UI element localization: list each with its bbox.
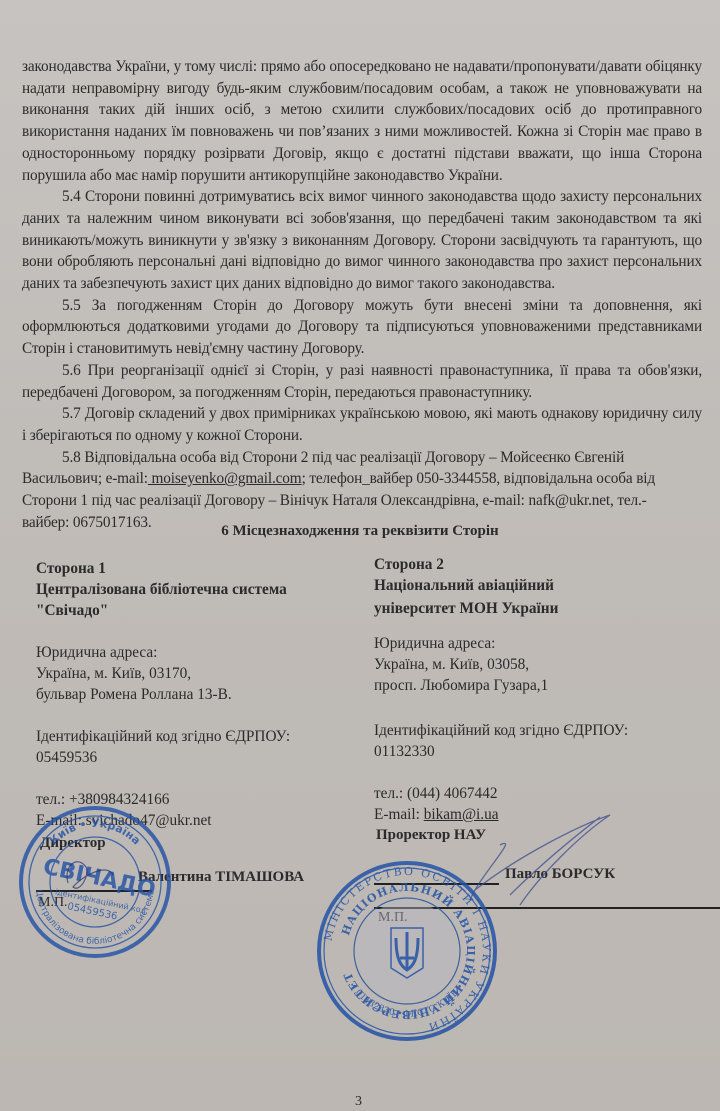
party2-email-label: E-mail:	[374, 806, 424, 823]
party1-address-line2: бульвар Ромена Роллана 13-В.	[36, 684, 356, 705]
party1-address-line1: Україна, м. Київ, 03170,	[36, 663, 356, 684]
party1-name-line1: Централізована бібліотечна система	[36, 579, 356, 600]
party1-heading: Сторона 1	[36, 558, 356, 579]
party2-stamp-icon: МІНІСТЕРСТВО ОСВІТИ І НАУКИ УКРАЇНИ НАЦІ…	[316, 860, 498, 1042]
document-page: законодавства України, у тому числі: пря…	[0, 0, 720, 1111]
party1-name-line2: "Свічадо"	[36, 600, 356, 621]
clause-5-6: 5.6 При реорганізації однієї зі Сторін, …	[22, 360, 702, 403]
party1-code: 05459536	[36, 747, 356, 768]
party2-code: 01132330	[374, 741, 704, 762]
svg-text:Київ • Україна: Київ • Україна	[47, 817, 143, 847]
party2-code-label: Ідентифікаційний код згідно ЄДРПОУ:	[374, 720, 704, 741]
page-number: 3	[355, 1094, 362, 1110]
party2-address-label: Юридична адреса:	[374, 633, 704, 654]
party2-name-line1: Національний авіаційний	[374, 575, 704, 596]
party2-phone: тел.: (044) 4067442	[374, 783, 704, 804]
party1-code-label: Ідентифікаційний код згідно ЄДРПОУ:	[36, 726, 356, 747]
party2-details: Сторона 2 Національний авіаційний універ…	[374, 554, 704, 825]
clause-5-7: 5.7 Договір складений у двох примірниках…	[22, 403, 702, 446]
clause-5-3-continuation: законодавства України, у тому числі: пря…	[22, 56, 702, 186]
party2-address-line2: просп. Любомира Гузара,1	[374, 675, 704, 696]
party1-details: Сторона 1 Централізована бібліотечна сис…	[36, 558, 356, 831]
party2-name-line2: університет МОН України	[374, 598, 704, 619]
party2-address-line1: Україна, м. Київ, 03058,	[374, 654, 704, 675]
party1-stamp-icon: Київ • Україна Централізована бібліотечн…	[18, 805, 173, 960]
clause-5-4: 5.4 Сторони повинні дотримуватись всіх в…	[22, 186, 702, 295]
section-title: 6 Місцезнаходження та реквізити Сторін	[0, 523, 720, 540]
clause-5-5: 5.5 За погодженням Сторін до Договору мо…	[22, 295, 702, 360]
clause-5-8: 5.8 Відповідальна особа від Сторони 2 пі…	[22, 447, 702, 534]
party1-address-label: Юридична адреса:	[36, 642, 356, 663]
contract-body: законодавства України, у тому числі: пря…	[22, 56, 702, 533]
party2-heading: Сторона 2	[374, 554, 704, 575]
responsible-email-link[interactable]: moiseyenko@gmail.com	[148, 470, 302, 487]
